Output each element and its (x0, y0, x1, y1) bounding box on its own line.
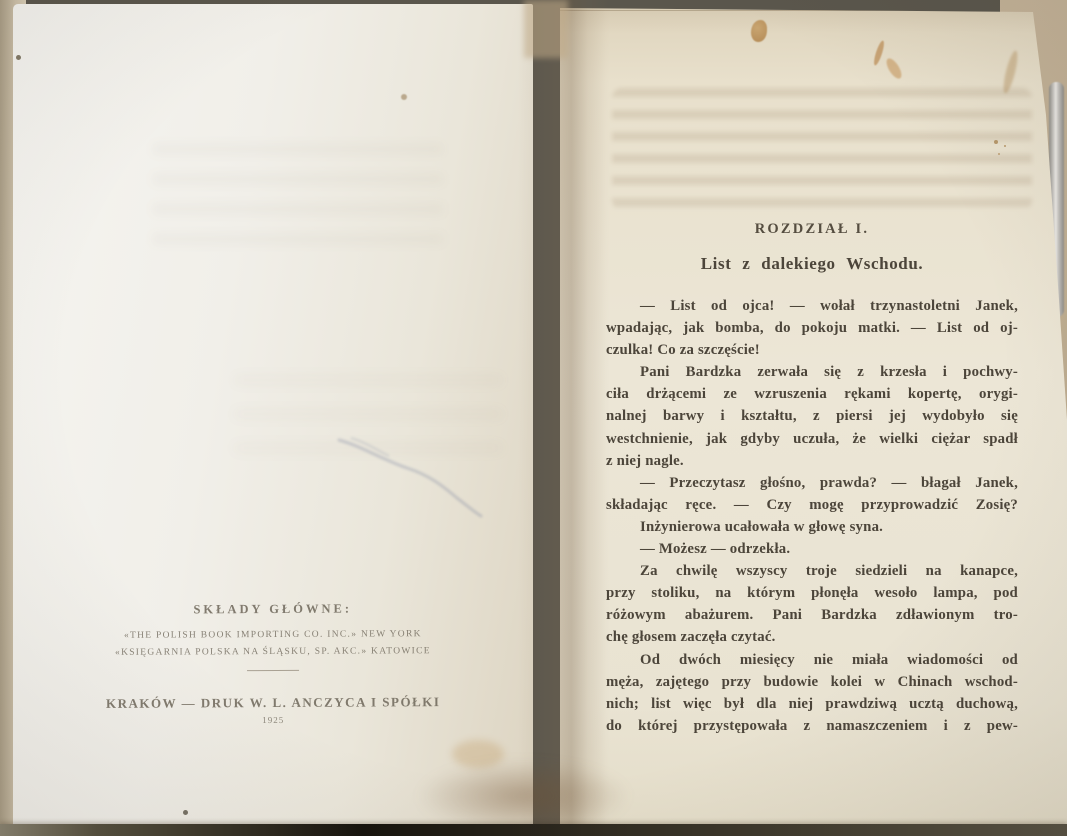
body-text-line: różowym abażurem. Pani Bardzka zdławiony… (606, 604, 1018, 626)
show-through-text (153, 144, 443, 259)
body-text-line: Od dwóch miesięcy nie miała wiadomości o… (606, 649, 1018, 671)
page-top-edge (560, 10, 1038, 11)
chapter-heading: ROZDZIAŁ I. (606, 221, 1018, 238)
print-year: 1925 (63, 714, 483, 726)
body-text-line: chę głosem zaczęła czytać. (606, 626, 1018, 648)
imprint-heading: SKŁADY GŁÓWNE: (63, 601, 483, 618)
imprint-block: SKŁADY GŁÓWNE: «THE POLISH BOOK IMPORTIN… (63, 601, 484, 726)
body-text-line: przy stoliku, na którym płonęła wesoło l… (606, 582, 1018, 604)
foxing-specks (994, 140, 998, 144)
gutter-bottom-shadow (416, 760, 631, 832)
body-text-line: Za chwilę wszyscy troje siedzieli na kan… (606, 560, 1018, 582)
imprint-divider (247, 670, 299, 671)
body-text-line: czulka! Co za szczęście! (606, 339, 1018, 361)
body-text-line: nich; list więc był dla niej prawdziwą u… (606, 693, 1018, 715)
paper-speck (16, 55, 21, 60)
right-page: ROZDZIAŁ I. List z dalekiego Wschodu. — … (560, 0, 1067, 828)
distributor-line: «THE POLISH BOOK IMPORTING CO. INC.» NEW… (63, 629, 483, 641)
body-text: — List od ojca! — wołał trzynastoletni J… (606, 295, 1018, 737)
body-text-line: męża, zajętego przy budowie kolei w Chin… (606, 671, 1018, 693)
paper-speck (401, 94, 407, 100)
distributor-line: «KSIĘGARNIA POLSKA NA ŚLĄSKU, SP. AKC.» … (63, 646, 483, 658)
body-text-line: — Możesz — odrzekła. (606, 538, 1018, 560)
body-text-line: Pani Bardzka zerwała się z krzesła i poc… (606, 361, 1018, 383)
body-text-line: westchnienie, jak gdyby uczuła, że wielk… (606, 428, 1018, 450)
body-text-line: z niej nagle. (606, 450, 1018, 472)
body-text-line: składając ręce. — Czy mogę przyprowadzić… (606, 494, 1018, 516)
body-text-line: do której przystępowała z namaszczeniem … (606, 715, 1018, 737)
handwriting-mark (331, 412, 501, 522)
paper-speck (183, 810, 188, 815)
section-title: List z dalekiego Wschodu. (606, 254, 1018, 274)
body-text-line: nalnej barwy i kształtu, z piersi jej wy… (606, 405, 1018, 427)
body-text-line: — Przeczytasz głośno, prawda? — błagał J… (606, 472, 1018, 494)
table-surface (0, 824, 1067, 836)
printer-line: KRAKÓW — DRUK W. L. ANCZYCA I SPÓŁKI (63, 694, 483, 712)
open-book-photo: SKŁADY GŁÓWNE: «THE POLISH BOOK IMPORTIN… (0, 0, 1067, 836)
body-text-line: ciła drżącemi ze wzruszenia rękami koper… (606, 383, 1018, 405)
show-through-text (612, 88, 1032, 210)
gutter-top (524, 0, 568, 58)
body-text-line: — List od ojca! — wołał trzynastoletni J… (606, 295, 1018, 317)
left-page: SKŁADY GŁÓWNE: «THE POLISH BOOK IMPORTIN… (13, 4, 533, 830)
book-gutter-shadow (518, 0, 610, 836)
body-text-line: wpadając, jak bomba, do pokoju matki. — … (606, 317, 1018, 339)
body-text-line: Inżynierowa ucałowała w głowę syna. (606, 516, 1018, 538)
